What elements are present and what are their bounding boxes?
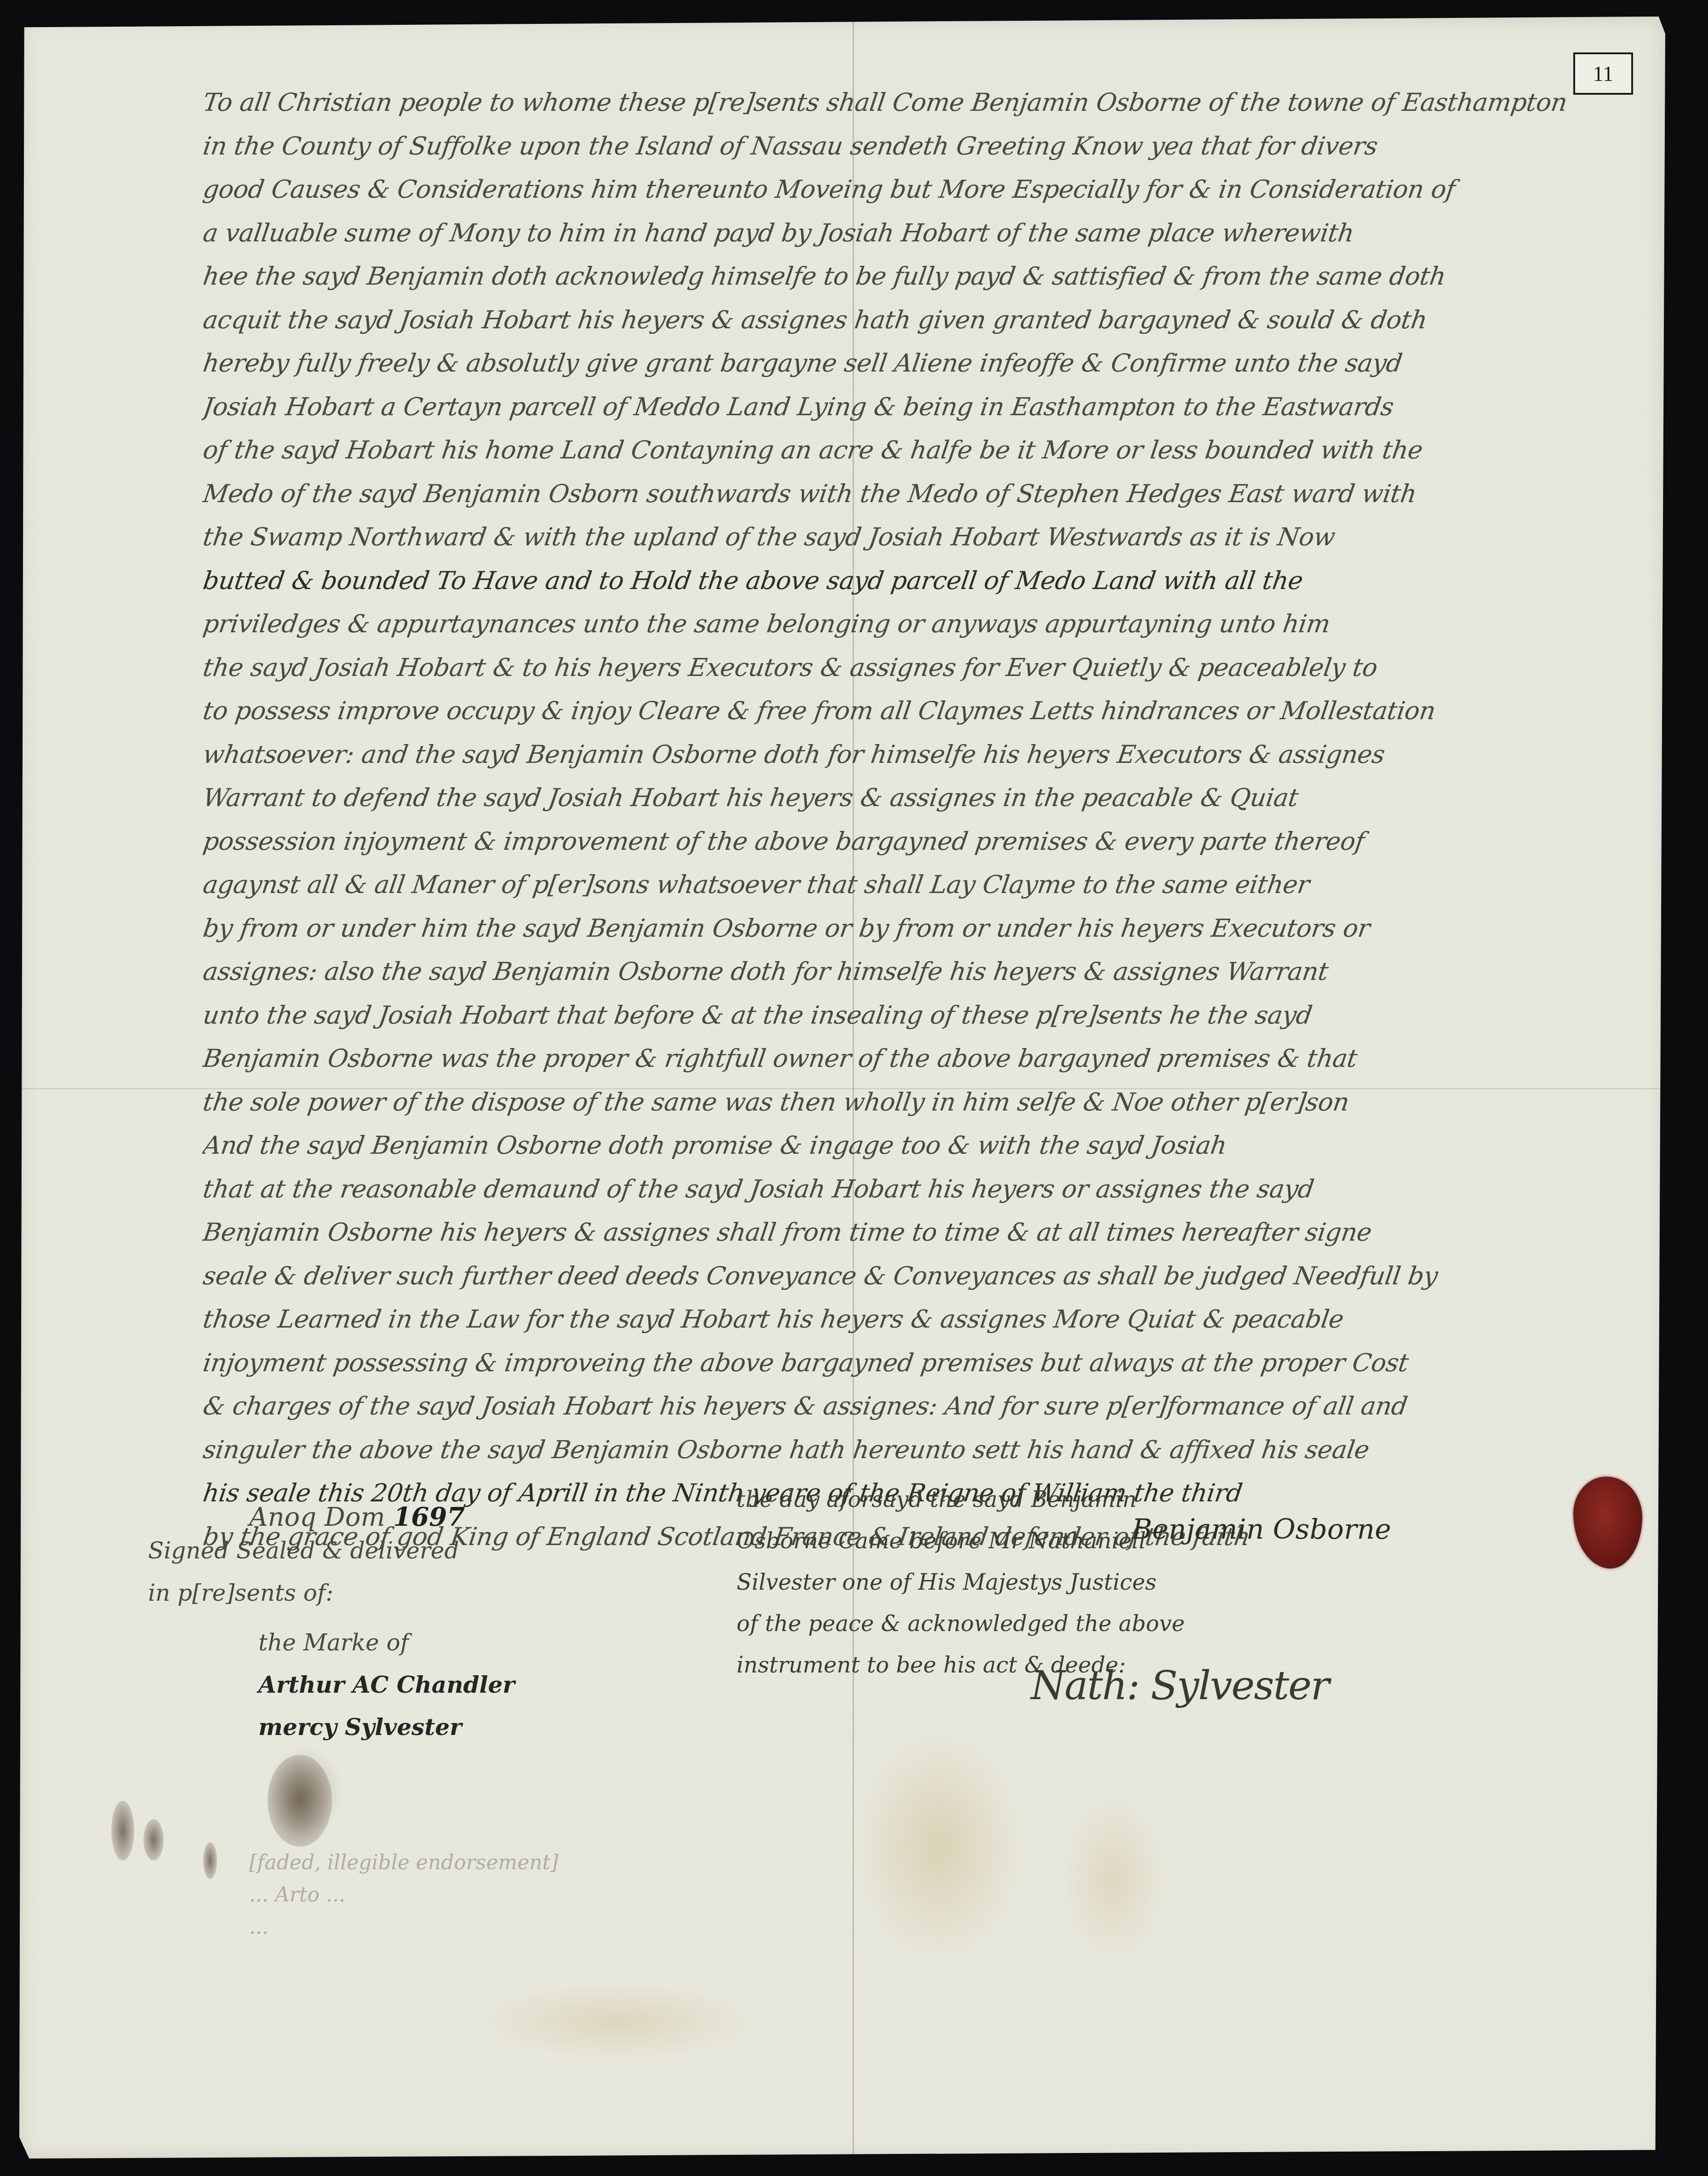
body-line: the sayd Josiah Hobart & to his heyers E…	[200, 646, 1668, 690]
witness-name: Arthur AC Chandler	[258, 1664, 515, 1706]
faded-endorsement: [faded, illegible endorsement] ... Arto …	[249, 1847, 558, 1943]
attestation-clause: Signed Sealed & delivered in p[re]sents …	[148, 1529, 459, 1614]
body-line: priviledges & appurtaynances unto the sa…	[200, 602, 1668, 646]
body-line: Benjamin Osborne his heyers & assignes s…	[200, 1211, 1668, 1254]
body-line: Benjamin Osborne was the proper & rightf…	[200, 1037, 1668, 1081]
body-line: that at the reasonable demaund of the sa…	[200, 1168, 1668, 1211]
body-line: the Swamp Northward & with the upland of…	[200, 515, 1668, 559]
body-line: the sole power of the dispose of the sam…	[200, 1081, 1668, 1124]
body-line: whatsoever: and the sayd Benjamin Osborn…	[200, 733, 1668, 777]
body-line: of the sayd Hobart his home Land Contayn…	[200, 429, 1668, 472]
body-line: Medo of the sayd Benjamin Osborn southwa…	[200, 472, 1668, 516]
acknowledgement-line: Silvester one of His Majestys Justices	[737, 1562, 1185, 1603]
attestation-line: in p[re]sents of:	[148, 1572, 459, 1614]
grantor-signature: Benjamin Osborne	[1132, 1513, 1391, 1546]
ink-stain-icon	[203, 1842, 217, 1879]
ink-stain-icon	[111, 1801, 134, 1861]
body-line: possession injoyment & improvement of th…	[200, 820, 1668, 864]
body-line: a valluable sume of Mony to him in hand …	[200, 212, 1668, 255]
body-line-habendum: butted & bounded To Have and to Hold the…	[200, 559, 1668, 603]
body-line: unto the sayd Josiah Hobart that before …	[200, 994, 1668, 1037]
body-line: agaynst all & all Maner of p[er]sons wha…	[200, 863, 1668, 907]
body-line: good Causes & Considerations him thereun…	[200, 168, 1668, 212]
justice-signature: Nath: Sylvester	[1031, 1663, 1329, 1709]
deed-body: To all Christian people to whome these p…	[203, 81, 1665, 1558]
body-line: those Learned in the Law for the sayd Ho…	[200, 1298, 1668, 1341]
attestation-line: Signed Sealed & delivered	[148, 1529, 459, 1572]
body-line: And the sayd Benjamin Osborne doth promi…	[200, 1124, 1668, 1168]
witness-names: the Marke of Arthur AC Chandler mercy Sy…	[258, 1621, 515, 1748]
deed-sheet: 11 To all Christian people to whome thes…	[19, 17, 1665, 2159]
body-line: by from or under him the sayd Benjamin O…	[200, 907, 1668, 951]
acknowledgement-clause: the day aforsayd the sayd Benjamin Osbor…	[737, 1479, 1185, 1686]
body-line: Josiah Hobart a Certayn parcell of Meddo…	[200, 385, 1668, 429]
body-line: singuler the above the sayd Benjamin Osb…	[200, 1428, 1668, 1472]
ink-stain-icon	[268, 1755, 332, 1847]
body-line: seale & deliver such further deed deeds …	[200, 1254, 1668, 1298]
body-line: & charges of the sayd Josiah Hobart his …	[200, 1385, 1668, 1428]
body-line: assignes: also the sayd Benjamin Osborne…	[200, 950, 1668, 994]
endorsement-line: ...	[249, 1911, 558, 1943]
body-line: injoyment possessing & improveing the ab…	[200, 1341, 1668, 1385]
endorsement-line: [faded, illegible endorsement]	[249, 1847, 558, 1879]
body-line: hee the sayd Benjamin doth acknowledg hi…	[200, 255, 1668, 298]
body-line: acquit the sayd Josiah Hobart his heyers…	[200, 298, 1668, 342]
body-line: in the County of Suffolke upon the Islan…	[200, 125, 1668, 168]
date-prefix: Anoq Dom	[249, 1502, 385, 1532]
date-line: Anoq Dom 1697	[249, 1502, 465, 1532]
acknowledgement-line: Osborne Came before Mr Nathaniell	[737, 1520, 1185, 1562]
endorsement-line: ... Arto ...	[249, 1879, 558, 1911]
witness-name: mercy Sylvester	[258, 1706, 515, 1748]
body-line: to possess improve occupy & injoy Cleare…	[200, 689, 1668, 733]
acknowledgement-line: of the peace & acknowledged the above	[737, 1603, 1185, 1644]
witness-mark-label: the Marke of	[258, 1621, 515, 1664]
date-year: 1697	[393, 1502, 465, 1532]
ink-stain-icon	[143, 1819, 164, 1861]
body-line: hereby fully freely & absolutly give gra…	[200, 342, 1668, 385]
body-line: To all Christian people to whome these p…	[200, 81, 1668, 125]
body-line: Warrant to defend the sayd Josiah Hobart…	[200, 776, 1668, 820]
acknowledgement-line: the day aforsayd the sayd Benjamin	[737, 1479, 1185, 1520]
